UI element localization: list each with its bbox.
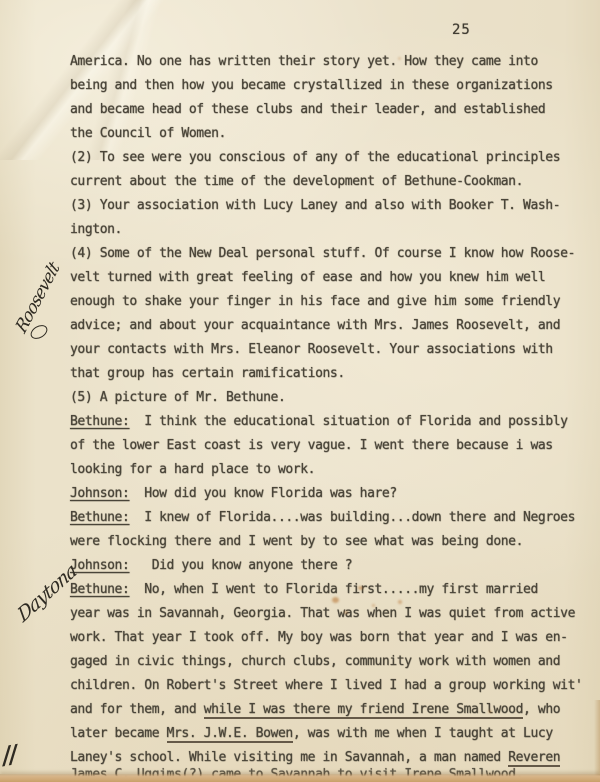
text-line: children. On Robert's Street where I liv…: [70, 674, 590, 698]
text-segment: and for them, and: [70, 702, 204, 717]
text-segment: that group has certain ramifications.: [70, 366, 345, 381]
text-line: enough to shake your finger in his face …: [70, 290, 590, 314]
text-line: your contacts with Mrs. Eleanor Roosevel…: [70, 338, 590, 362]
text-segment: (2) To see were you conscious of any of …: [70, 150, 560, 165]
text-line: (3) Your association with Lucy Laney and…: [70, 194, 590, 218]
text-segment: , who: [523, 702, 560, 717]
text-line: advice; and about your acquaintance with…: [70, 314, 590, 338]
underlined-text: Johnson:: [70, 558, 129, 573]
text-line: of the lower East coast is very vague. I…: [70, 434, 590, 458]
underlined-text: while I was there my friend Irene Smallw…: [204, 702, 523, 719]
text-segment: No, when I went to Florida first.....my …: [129, 582, 537, 597]
text-line: looking for a hard place to work.: [70, 458, 590, 482]
text-segment: gaged in civic things, church clubs, com…: [70, 654, 560, 669]
text-segment: work. That year I took off. My boy was b…: [70, 630, 568, 645]
margin-note-slashes: //: [0, 739, 18, 770]
text-segment: (5) A picture of Mr. Bethune.: [70, 390, 285, 405]
text-segment: Did you know anyone there ?: [129, 558, 352, 573]
text-segment: America. No one has written their story …: [70, 54, 538, 69]
text-segment: I knew of Florida....was building...down…: [129, 510, 575, 525]
text-segment: were flocking there and I went by to see…: [70, 534, 523, 549]
text-line: Johnson: Did you know anyone there ?: [70, 554, 590, 578]
text-segment: velt turned with great feeling of ease a…: [70, 270, 545, 285]
text-line: Bethune: I knew of Florida....was buildi…: [70, 506, 590, 530]
underlined-text: Bethune:: [70, 582, 129, 597]
text-segment: enough to shake your finger in his face …: [70, 294, 560, 309]
text-line: gaged in civic things, church clubs, com…: [70, 650, 590, 674]
text-line: (4) Some of the New Deal personal stuff.…: [70, 242, 590, 266]
text-segment: looking for a hard place to work.: [70, 462, 315, 477]
text-line: current about the time of the developmen…: [70, 170, 590, 194]
text-line: Johnson: How did you know Florida was ha…: [70, 482, 590, 506]
pen-flourish: [28, 322, 50, 341]
text-segment: being and then how you became crystalliz…: [70, 78, 553, 93]
text-line: Bethune: No, when I went to Florida firs…: [70, 578, 590, 602]
text-line: and became head of these clubs and their…: [70, 98, 590, 122]
paper-bottom-edge: [0, 774, 600, 782]
text-segment: later became: [70, 726, 167, 741]
text-line: and for them, and while I was there my f…: [70, 698, 590, 722]
text-line: year was in Savannah, Georgia. That was …: [70, 602, 590, 626]
text-segment: and became head of these clubs and their…: [70, 102, 545, 117]
text-segment: advice; and about your acquaintance with…: [70, 318, 560, 333]
text-line: the Council of Women.: [70, 122, 590, 146]
text-line: (5) A picture of Mr. Bethune.: [70, 386, 590, 410]
text-line: were flocking there and I went by to see…: [70, 530, 590, 554]
text-segment: your contacts with Mrs. Eleanor Roosevel…: [70, 342, 553, 357]
underlined-text: Bethune:: [70, 510, 129, 525]
text-segment: , was with me when I taught at Lucy: [293, 726, 553, 741]
text-line: Bethune: I think the educational situati…: [70, 410, 590, 434]
text-line: velt turned with great feeling of ease a…: [70, 266, 590, 290]
text-line: that group has certain ramifications.: [70, 362, 590, 386]
text-line: later became Mrs. J.W.E. Bowen, was with…: [70, 722, 590, 746]
underlined-text: Mrs. J.W.E. Bowen: [167, 726, 293, 743]
text-segment: How did you know Florida was hare?: [129, 486, 396, 501]
text-segment: children. On Robert's Street where I liv…: [70, 678, 582, 693]
text-line: ington.: [70, 218, 590, 242]
paper-right-edge: [594, 700, 600, 782]
text-line: being and then how you became crystalliz…: [70, 74, 590, 98]
text-line: America. No one has written their story …: [70, 50, 590, 74]
page-number: 25: [452, 22, 471, 38]
underlined-text: Johnson:: [70, 486, 129, 501]
text-segment: of the lower East coast is very vague. I…: [70, 438, 553, 453]
underlined-text: Bethune:: [70, 414, 129, 429]
text-line: (2) To see were you conscious of any of …: [70, 146, 590, 170]
text-line: work. That year I took off. My boy was b…: [70, 626, 590, 650]
text-segment: I think the educational situation of Flo…: [129, 414, 567, 429]
text-segment: year was in Savannah, Georgia. That was …: [70, 606, 575, 621]
document-page: 25 America. No one has written their sto…: [0, 0, 600, 782]
text-segment: (3) Your association with Lucy Laney and…: [70, 198, 560, 213]
text-segment: (4) Some of the New Deal personal stuff.…: [70, 246, 575, 261]
text-segment: ington.: [70, 222, 122, 237]
text-segment: the Council of Women.: [70, 126, 226, 141]
typewritten-text: America. No one has written their story …: [70, 50, 590, 782]
text-segment: current about the time of the developmen…: [70, 174, 523, 189]
margin-note-roosevelt: Roosevelt: [2, 239, 74, 357]
